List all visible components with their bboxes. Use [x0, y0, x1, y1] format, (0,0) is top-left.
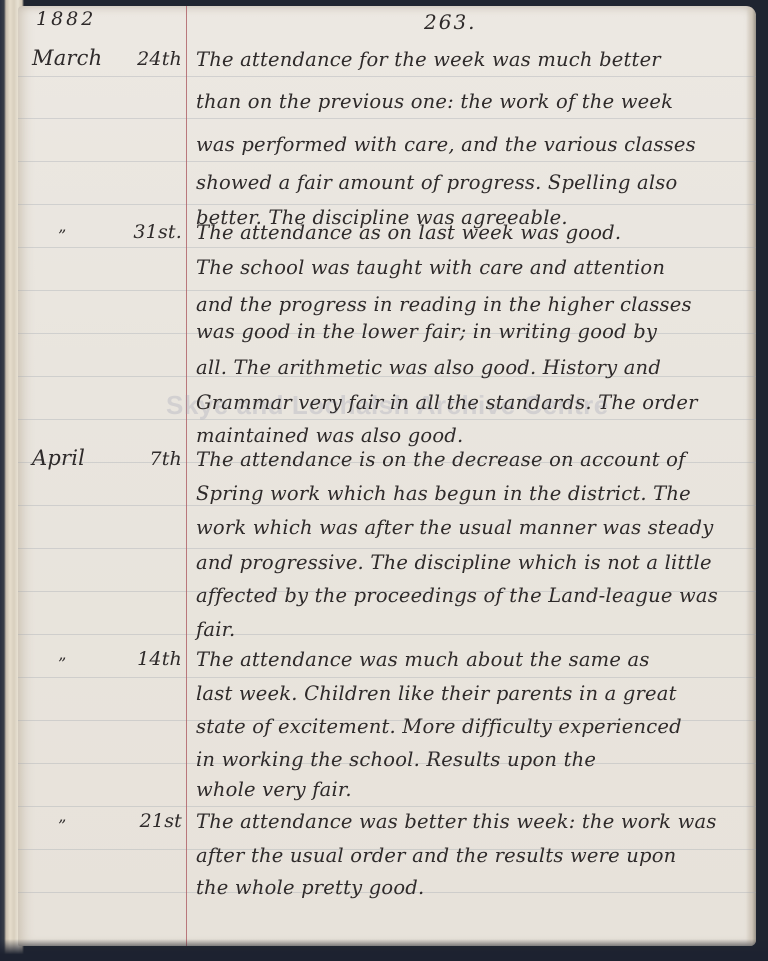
page-edge — [746, 6, 756, 946]
ruled-line — [18, 247, 756, 248]
entry-line: fair. — [196, 618, 235, 641]
entry-line: maintained was also good. — [196, 424, 463, 447]
ruled-line — [18, 76, 756, 77]
entry-line: the whole pretty good. — [196, 876, 424, 899]
ruled-line — [18, 161, 756, 162]
entry-line: The attendance was much about the same a… — [196, 648, 650, 671]
entry-line: than on the previous one: the work of th… — [196, 90, 673, 113]
ruled-line — [18, 634, 756, 635]
page-number: 263. — [424, 10, 477, 34]
entry-line: whole very fair. — [196, 778, 352, 801]
entry-line: Spring work which has begun in the distr… — [196, 482, 691, 505]
ditto-mark: ” — [58, 816, 66, 835]
entry-day: 24th — [120, 48, 182, 70]
entry-line: The attendance as on last week was good. — [196, 221, 621, 244]
entry-line: in working the school. Results upon the — [196, 748, 596, 771]
entry-day: 21st — [120, 810, 182, 832]
entry-day: 7th — [120, 448, 182, 470]
ruled-line — [18, 677, 756, 678]
entry-day: 14th — [120, 648, 182, 670]
entry-line: work which was after the usual manner wa… — [196, 516, 713, 539]
entry-line: and the progress in reading in the highe… — [196, 293, 692, 316]
ruled-line — [18, 806, 756, 807]
entry-line: state of excitement. More difficulty exp… — [196, 715, 682, 738]
entry-line: and progressive. The discipline which is… — [196, 551, 712, 574]
ruled-line — [18, 204, 756, 205]
entry-month: April — [32, 446, 85, 470]
ruled-line — [18, 505, 756, 506]
entry-line: The attendance for the week was much bet… — [196, 48, 661, 71]
entry-line: The school was taught with care and atte… — [196, 256, 665, 279]
entry-line: The attendance was better this week: the… — [196, 810, 717, 833]
entry-day: 31st. — [120, 221, 182, 243]
entry-line: The attendance is on the decrease on acc… — [196, 448, 686, 471]
entry-line: last week. Children like their parents i… — [196, 682, 677, 705]
book-bottom-shadow — [0, 939, 768, 961]
ruled-line — [18, 118, 756, 119]
log-book-page: 1882 263. Skye and Lochalsh Archive Cent… — [18, 6, 756, 946]
ditto-mark: ” — [58, 654, 66, 673]
entry-line: Grammar very fair in all the standards. … — [196, 391, 698, 414]
entry-line: was good in the lower fair; in writing g… — [196, 320, 657, 343]
ruled-line — [18, 548, 756, 549]
entry-line: was performed with care, and the various… — [196, 133, 696, 156]
entry-line: showed a fair amount of progress. Spelli… — [196, 171, 677, 194]
entry-line: all. The arithmetic was also good. Histo… — [196, 356, 661, 379]
entry-month: March — [32, 46, 102, 70]
entry-line: affected by the proceedings of the Land-… — [196, 584, 718, 607]
entry-line: after the usual order and the results we… — [196, 844, 676, 867]
year-heading: 1882 — [36, 8, 96, 30]
ruled-line — [18, 290, 756, 291]
margin-line — [186, 6, 187, 946]
ditto-mark: ” — [58, 226, 66, 245]
